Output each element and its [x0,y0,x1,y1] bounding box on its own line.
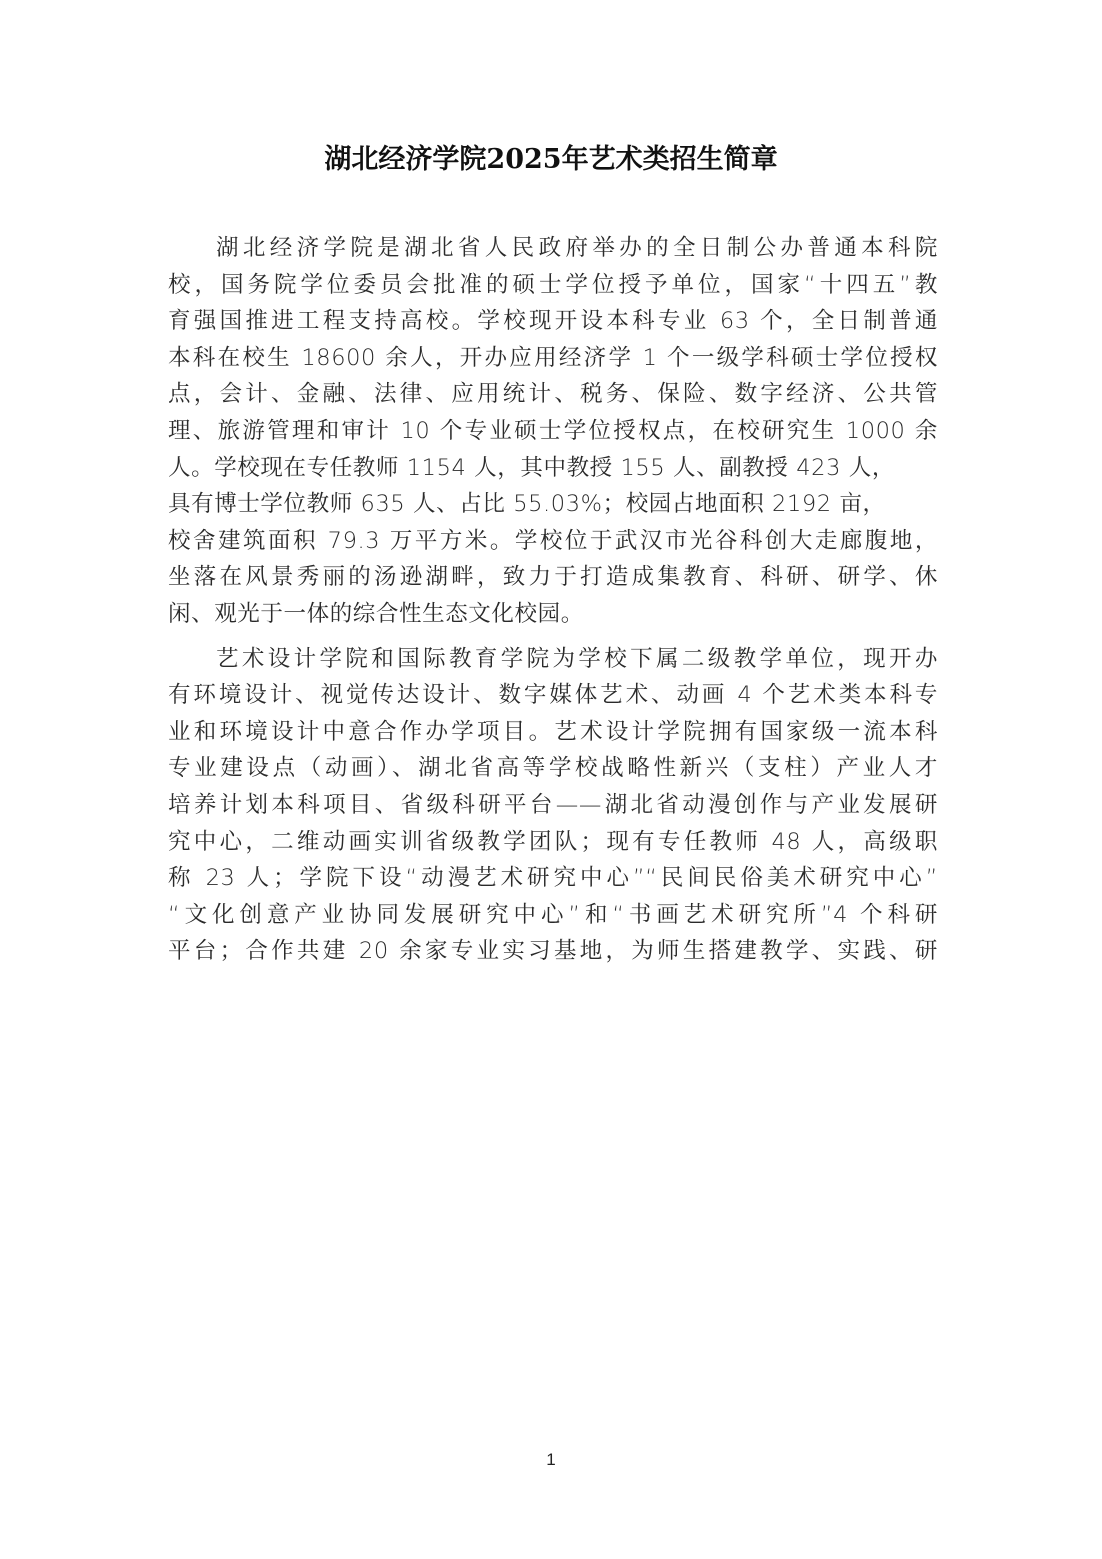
text-line: 点，会计、金融、法律、应用统计、税务、保险、数字经济、公共管 [168,376,938,413]
text-line: 湖北经济学院是湖北省人民政府举办的全日制公办普通本科院 [168,230,938,267]
text-line: 业和环境设计中意合作办学项目。艺术设计学院拥有国家级一流本科 [168,714,938,751]
document-body: 湖北经济学院是湖北省人民政府举办的全日制公办普通本科院 校，国务院学位委员会批准… [168,230,938,970]
text-line: 平台；合作共建 20 余家专业实习基地，为师生搭建教学、实践、研 [168,933,938,970]
document-page: 湖北经济学院2025年艺术类招生简章 湖北经济学院是湖北省人民政府举办的全日制公… [0,0,1102,1559]
text-line: 有环境设计、视觉传达设计、数字媒体艺术、动画 4 个艺术类本科专 [168,677,938,714]
text-line: 本科在校生 18600 余人，开办应用经济学 1 个一级学科硕士学位授权 [168,340,938,377]
page-number: 1 [0,1450,1102,1470]
text-line: 人。学校现在专任教师 1154 人，其中教授 155 人、副教授 423 人， [168,450,938,487]
paragraph-art-college-intro: 艺术设计学院和国际教育学院为学校下属二级教学单位，现开办 有环境设计、视觉传达设… [168,641,938,970]
text-line: 究中心，二维动画实训省级教学团队；现有专任教师 48 人，高级职 [168,824,938,861]
document-title: 湖北经济学院2025年艺术类招生简章 [0,140,1102,180]
text-line: 艺术设计学院和国际教育学院为学校下属二级教学单位，现开办 [168,641,938,678]
text-line: 闲、观光于一体的综合性生态文化校园。 [168,596,938,633]
paragraph-school-intro: 湖北经济学院是湖北省人民政府举办的全日制公办普通本科院 校，国务院学位委员会批准… [168,230,938,633]
text-line: 校，国务院学位委员会批准的硕士学位授予单位，国家“十四五”教 [168,267,938,304]
text-line: 坐落在风景秀丽的汤逊湖畔，致力于打造成集教育、科研、研学、休 [168,559,938,596]
text-line: “文化创意产业协同发展研究中心”和“书画艺术研究所”4 个科研 [168,897,938,934]
text-line: 理、旅游管理和审计 10 个专业硕士学位授权点，在校研究生 1000 余 [168,413,938,450]
text-line: 培养计划本科项目、省级科研平台——湖北省动漫创作与产业发展研 [168,787,938,824]
paragraph-gap [168,633,938,641]
text-line: 校舍建筑面积 79.3 万平方米。学校位于武汉市光谷科创大走廊腹地， [168,523,938,560]
text-line: 专业建设点（动画）、湖北省高等学校战略性新兴（支柱）产业人才 [168,750,938,787]
text-line: 具有博士学位教师 635 人、占比 55.03%；校园占地面积 2192 亩， [168,486,938,523]
text-line: 育强国推进工程支持高校。学校现开设本科专业 63 个，全日制普通 [168,303,938,340]
text-line: 称 23 人；学院下设“动漫艺术研究中心”“民间民俗美术研究中心” [168,860,938,897]
